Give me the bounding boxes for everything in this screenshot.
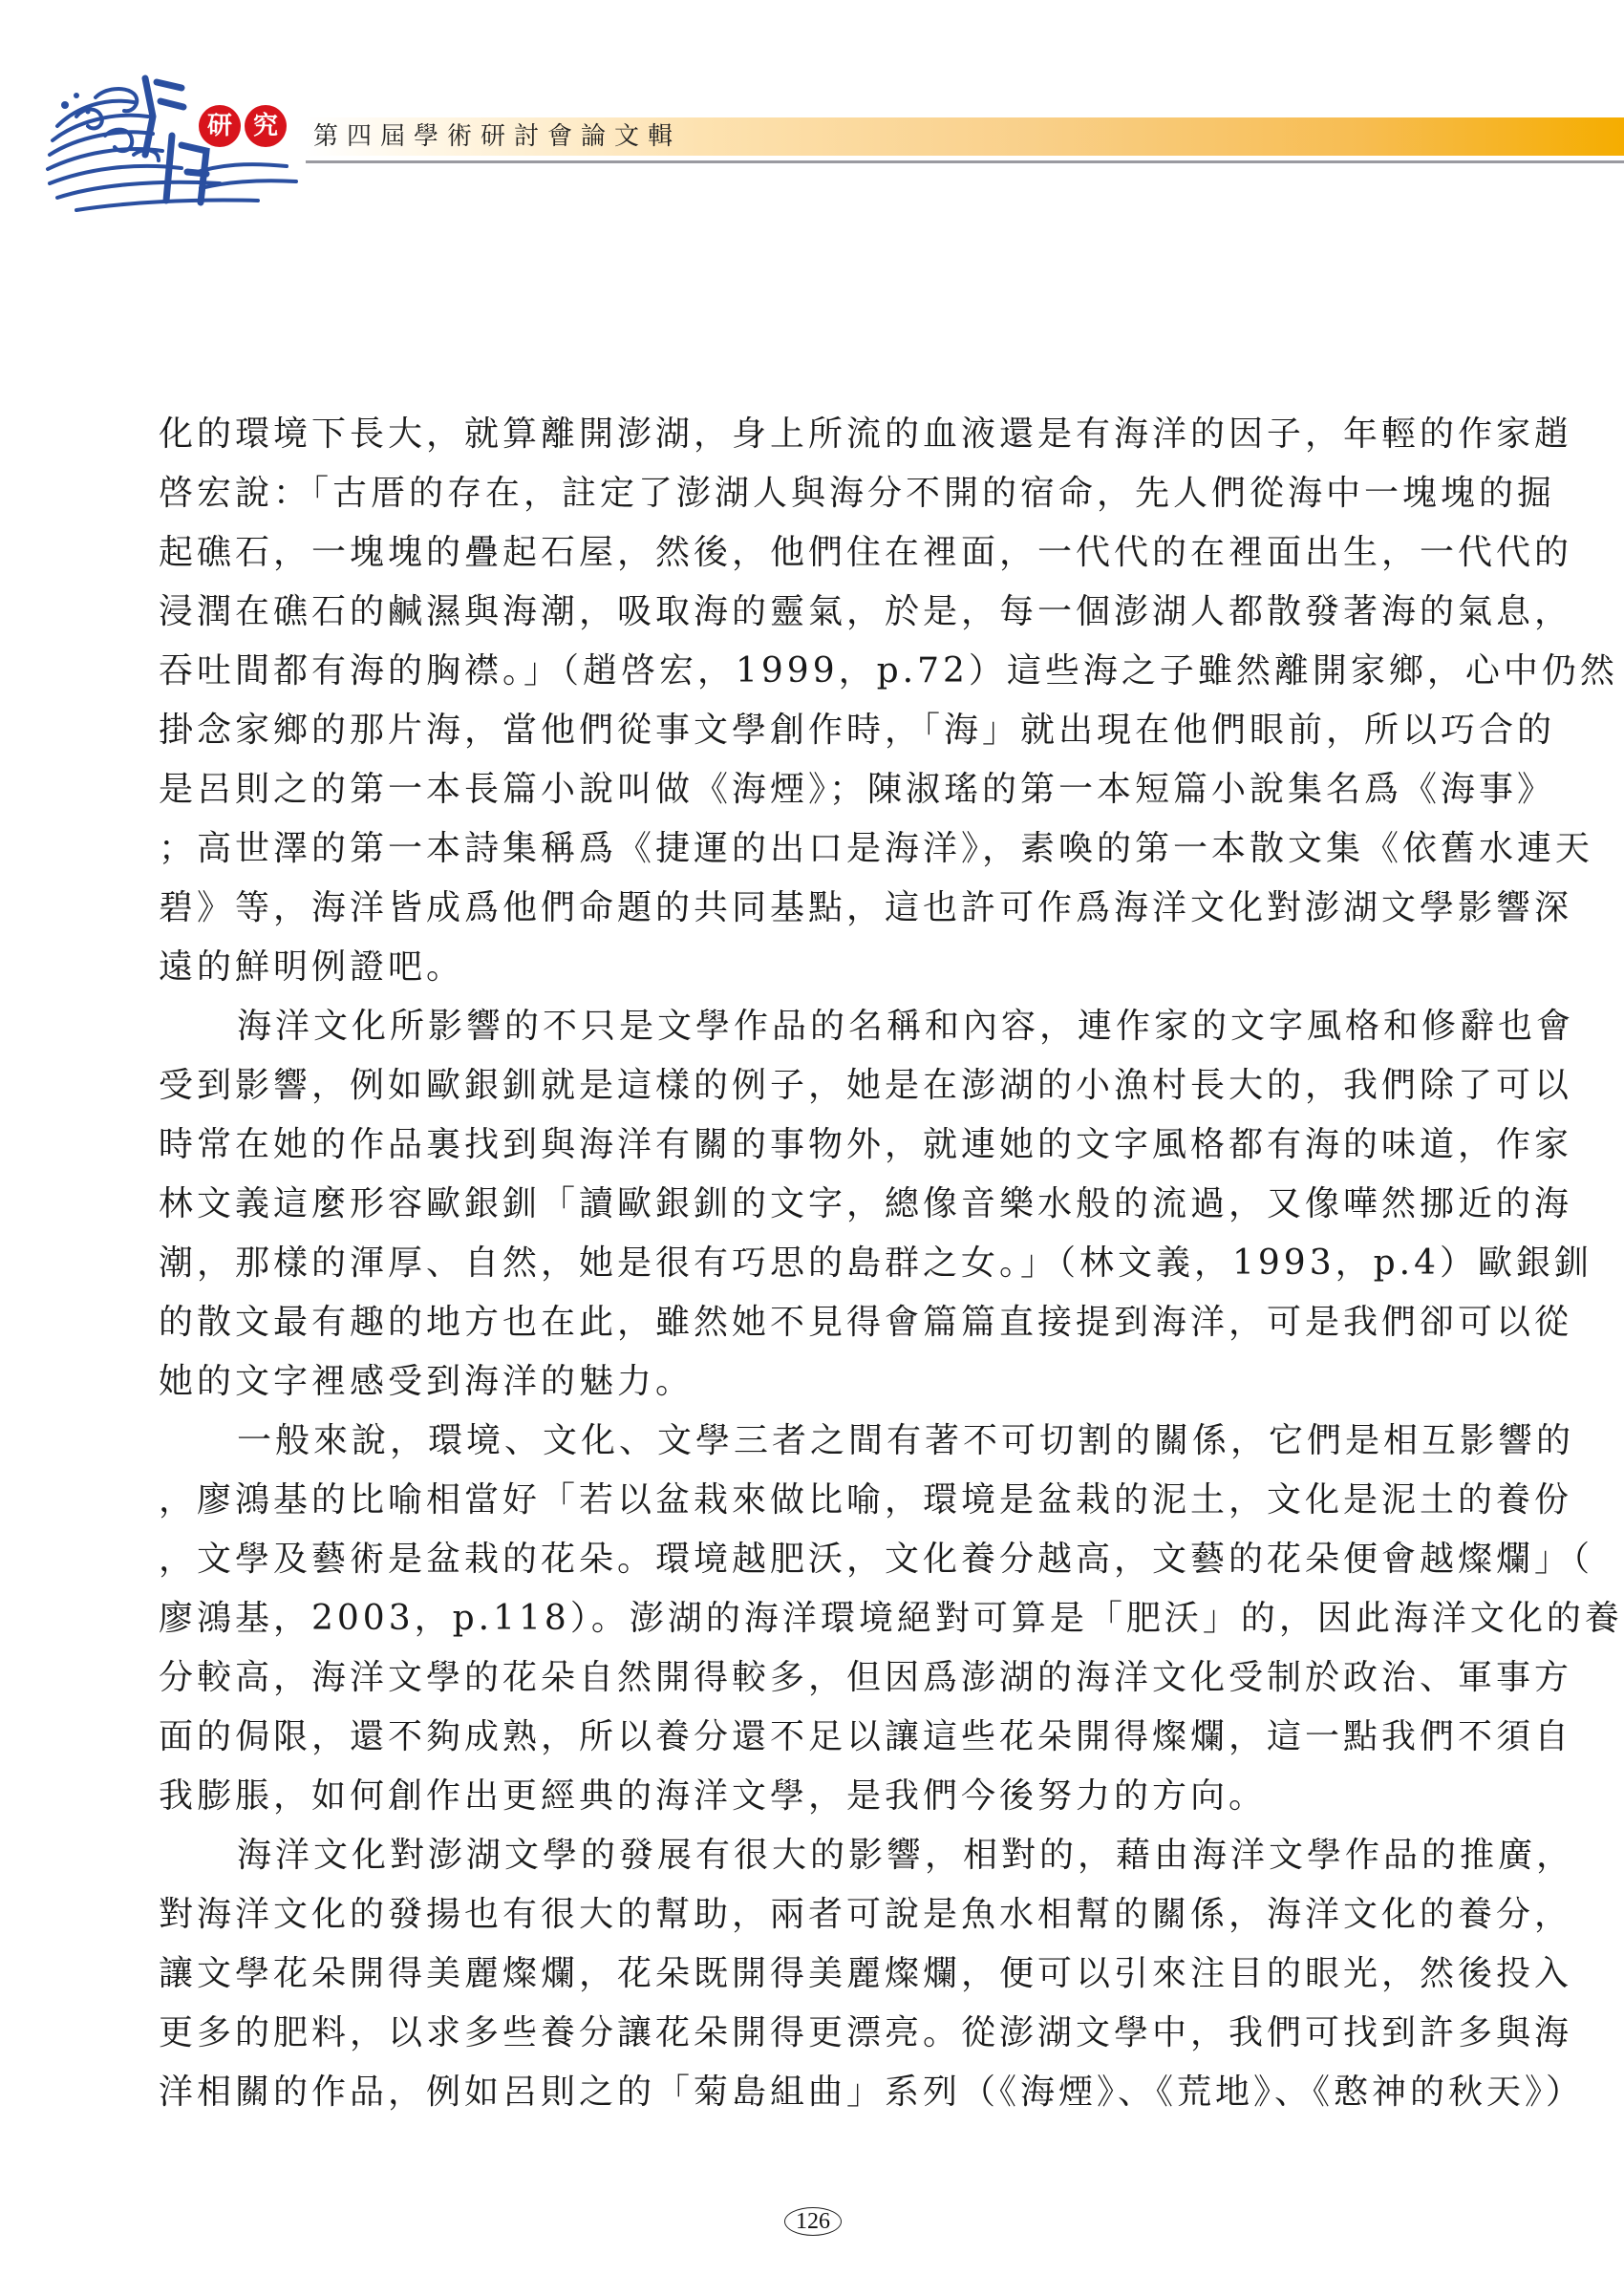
text-line: 碧》等，海洋皆成爲他們命題的共同基點，這也許可作爲海洋文化對澎湖文學影響深 bbox=[159, 879, 1469, 938]
text-line: 一般來說，環境、文化、文學三者之間有著不可切割的關係，它們是相互影響的 bbox=[159, 1412, 1469, 1471]
text-line: 面的侷限，還不夠成熟，所以養分還不足以讓這些花朵開得燦爛，這一點我們不須自 bbox=[159, 1708, 1469, 1767]
text-line: 啓宏說：「古厝的存在，註定了澎湖人與海分不開的宿命，先人們從海中一塊塊的掘 bbox=[159, 464, 1469, 523]
badge-yan: 研 bbox=[199, 105, 241, 147]
page-number: 126 bbox=[784, 2207, 842, 2236]
text-line: 我膨脹，如何創作出更經典的海洋文學，是我們今後努力的方向。 bbox=[159, 1767, 1469, 1826]
text-line: 的散文最有趣的地方也在此，雖然她不見得會篇篇直接提到海洋，可是我們卻可以從 bbox=[159, 1293, 1469, 1352]
text-line: 海洋文化所影響的不只是文學作品的名稱和內容，連作家的文字風格和修辭也會 bbox=[159, 997, 1469, 1056]
article-body: 化的環境下長大，就算離開澎湖，身上所流的血液還是有海洋的因子，年輕的作家趙 啓宏… bbox=[159, 405, 1469, 2122]
paragraph-3: 一般來說，環境、文化、文學三者之間有著不可切割的關係，它們是相互影響的 ，廖鴻基… bbox=[159, 1412, 1469, 1826]
text-line: 受到影響，例如歐銀釧就是這樣的例子，她是在澎湖的小漁村長大的，我們除了可以 bbox=[159, 1056, 1469, 1116]
text-line: 掛念家鄉的那片海，當他們從事文學創作時，「海」就出現在他們眼前，所以巧合的 bbox=[159, 701, 1469, 760]
text-line: 廖鴻基，2003，p.118）。澎湖的海洋環境絕對可算是「肥沃」的，因此海洋文化… bbox=[159, 1589, 1469, 1648]
text-line: 潮，那樣的渾厚、自然，她是很有巧思的島群之女。」（林文義，1993，p.4）歐銀… bbox=[159, 1234, 1469, 1293]
text-line: 林文義這麼形容歐銀釧「讀歐銀釧的文字，總像音樂水般的流過，又像嘩然挪近的海 bbox=[159, 1175, 1469, 1234]
text-line: 時常在她的作品裏找到與海洋有關的事物外，就連她的文字風格都有海的味道，作家 bbox=[159, 1116, 1469, 1175]
text-line: 讓文學花朵開得美麗燦爛，花朵既開得美麗燦爛，便可以引來注目的眼光，然後投入 bbox=[159, 1945, 1469, 2004]
text-line: ，文學及藝術是盆栽的花朵。環境越肥沃，文化養分越高，文藝的花朵便會越燦爛」（ bbox=[159, 1530, 1469, 1589]
text-line: ；高世澤的第一本詩集稱爲《捷運的出口是海洋》，素喚的第一本散文集《依舊水連天 bbox=[159, 819, 1469, 879]
text-line: 起礁石，一塊塊的疊起石屋，然後，他們住在裡面，一代代的在裡面出生，一代代的 bbox=[159, 523, 1469, 583]
text-line: 化的環境下長大，就算離開澎湖，身上所流的血液還是有海洋的因子，年輕的作家趙 bbox=[159, 405, 1469, 464]
badge-jiu: 究 bbox=[245, 105, 287, 147]
text-line: 分較高，海洋文學的花朵自然開得較多，但因爲澎湖的海洋文化受制於政治、軍事方 bbox=[159, 1648, 1469, 1708]
paragraph-4: 海洋文化對澎湖文學的發展有很大的影響，相對的，藉由海洋文學作品的推廣， 對海洋文… bbox=[159, 1826, 1469, 2122]
header-rule bbox=[306, 160, 1624, 163]
text-line: 海洋文化對澎湖文學的發展有很大的影響，相對的，藉由海洋文學作品的推廣， bbox=[159, 1826, 1469, 1885]
text-line: 是呂則之的第一本長篇小說叫做《海煙》；陳淑瑤的第一本短篇小說集名爲《海事》 bbox=[159, 760, 1469, 819]
paragraph-2: 海洋文化所影響的不只是文學作品的名稱和內容，連作家的文字風格和修辭也會 受到影響… bbox=[159, 997, 1469, 1412]
text-line: 吞吐間都有海的胸襟。」（趙啓宏，1999，p.72）這些海之子雖然離開家鄉，心中… bbox=[159, 642, 1469, 701]
text-line: 遠的鮮明例證吧。 bbox=[159, 938, 1469, 997]
text-line: ，廖鴻基的比喻相當好「若以盆栽來做比喻，環境是盆栽的泥土，文化是泥土的養份 bbox=[159, 1471, 1469, 1530]
publication-title: 第四屆學術研討會論文輯 bbox=[313, 117, 681, 156]
text-line: 對海洋文化的發揚也有很大的幫助，兩者可說是魚水相幫的關係，海洋文化的養分， bbox=[159, 1885, 1469, 1945]
text-line: 洋相關的作品，例如呂則之的「菊島組曲」系列（《海煙》、《荒地》、《憨神的秋天》） bbox=[159, 2063, 1469, 2122]
text-line: 浸潤在礁石的鹹濕與海潮，吸取海的靈氣，於是，每一個澎湖人都散發著海的氣息， bbox=[159, 583, 1469, 642]
page-header: 研 究 第四屆學術研討會論文輯 bbox=[0, 0, 1624, 229]
text-line: 更多的肥料，以求多些養分讓花朵開得更漂亮。從澎湖文學中，我們可找到許多與海 bbox=[159, 2004, 1469, 2063]
paragraph-1: 化的環境下長大，就算離開澎湖，身上所流的血液還是有海洋的因子，年輕的作家趙 啓宏… bbox=[159, 405, 1469, 997]
text-line: 她的文字裡感受到海洋的魅力。 bbox=[159, 1352, 1469, 1412]
